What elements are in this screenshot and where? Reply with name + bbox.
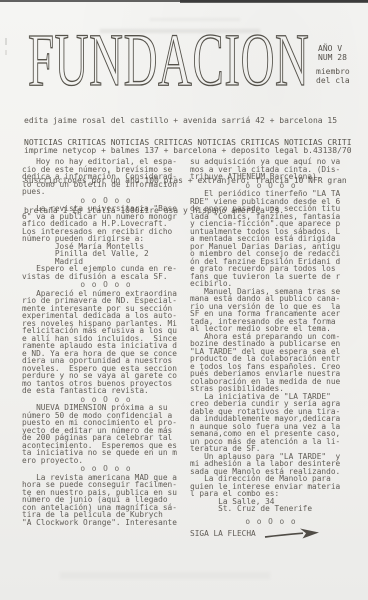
membership-line-1: miembro — [316, 67, 350, 76]
article-columns: Hoy no hay editorial, el espa- cio de es… — [22, 158, 352, 540]
page-title: FUNDACION — [28, 22, 309, 98]
section-header: NOTICIAS CRITICAS NOTICIAS CRITICAS NOTI… — [24, 138, 352, 147]
text-paragraph: La revista universitaria "Base 6" va a p… — [22, 205, 190, 280]
text-paragraph: El periódico tinerfeño "LA TA RDE" viene… — [190, 190, 352, 513]
siga-la-flecha: SIGA LA FLECHA — [190, 528, 352, 540]
issue-number: NUM 28 — [318, 53, 347, 62]
ornament-separator: o o O o o — [22, 197, 190, 205]
imprint-line: edita jaime rosal del castillo + avenida… — [24, 116, 352, 126]
ornament-separator: o o O o o — [190, 182, 352, 190]
scan-bleed-artifact — [60, 572, 270, 579]
masthead: FUNDACION AÑO V NUM 28 miembro del cla — [0, 0, 368, 96]
issue-year: AÑO V — [318, 44, 347, 53]
fanzine-page: FUNDACION AÑO V NUM 28 miembro del cla e… — [0, 0, 368, 600]
arrow-label: SIGA LA FLECHA — [190, 530, 256, 538]
column-right: su adquisición ya que aquí no va mos a v… — [190, 158, 352, 540]
ornament-separator: o o O o o — [22, 465, 190, 473]
text-paragraph: La revista americana MAD que a hora se p… — [22, 474, 190, 527]
text-paragraph: Hoy no hay editorial, el espa- cio de es… — [22, 158, 190, 196]
ornament-separator: o o O o o — [190, 518, 352, 526]
text-paragraph: su adquisición ya que aquí no va mos a v… — [190, 158, 352, 181]
text-paragraph: NUEVA DIMENSION próxima a su número 50 d… — [22, 404, 190, 464]
ornament-separator: o o O o o — [22, 281, 190, 289]
text-paragraph: Apareció el número extraordina rio de pr… — [22, 290, 190, 395]
membership-info: miembro del cla — [316, 67, 350, 85]
arrow-right-icon — [263, 528, 325, 540]
membership-line-2: del cla — [316, 76, 350, 85]
column-left: Hoy no hay editorial, el espa- cio de es… — [22, 158, 190, 540]
issue-info: AÑO V NUM 28 — [318, 44, 347, 62]
imprint-line: imprime netycop + balmes 137 + barcelona… — [24, 146, 352, 156]
ornament-separator: o o O o o — [22, 396, 190, 404]
